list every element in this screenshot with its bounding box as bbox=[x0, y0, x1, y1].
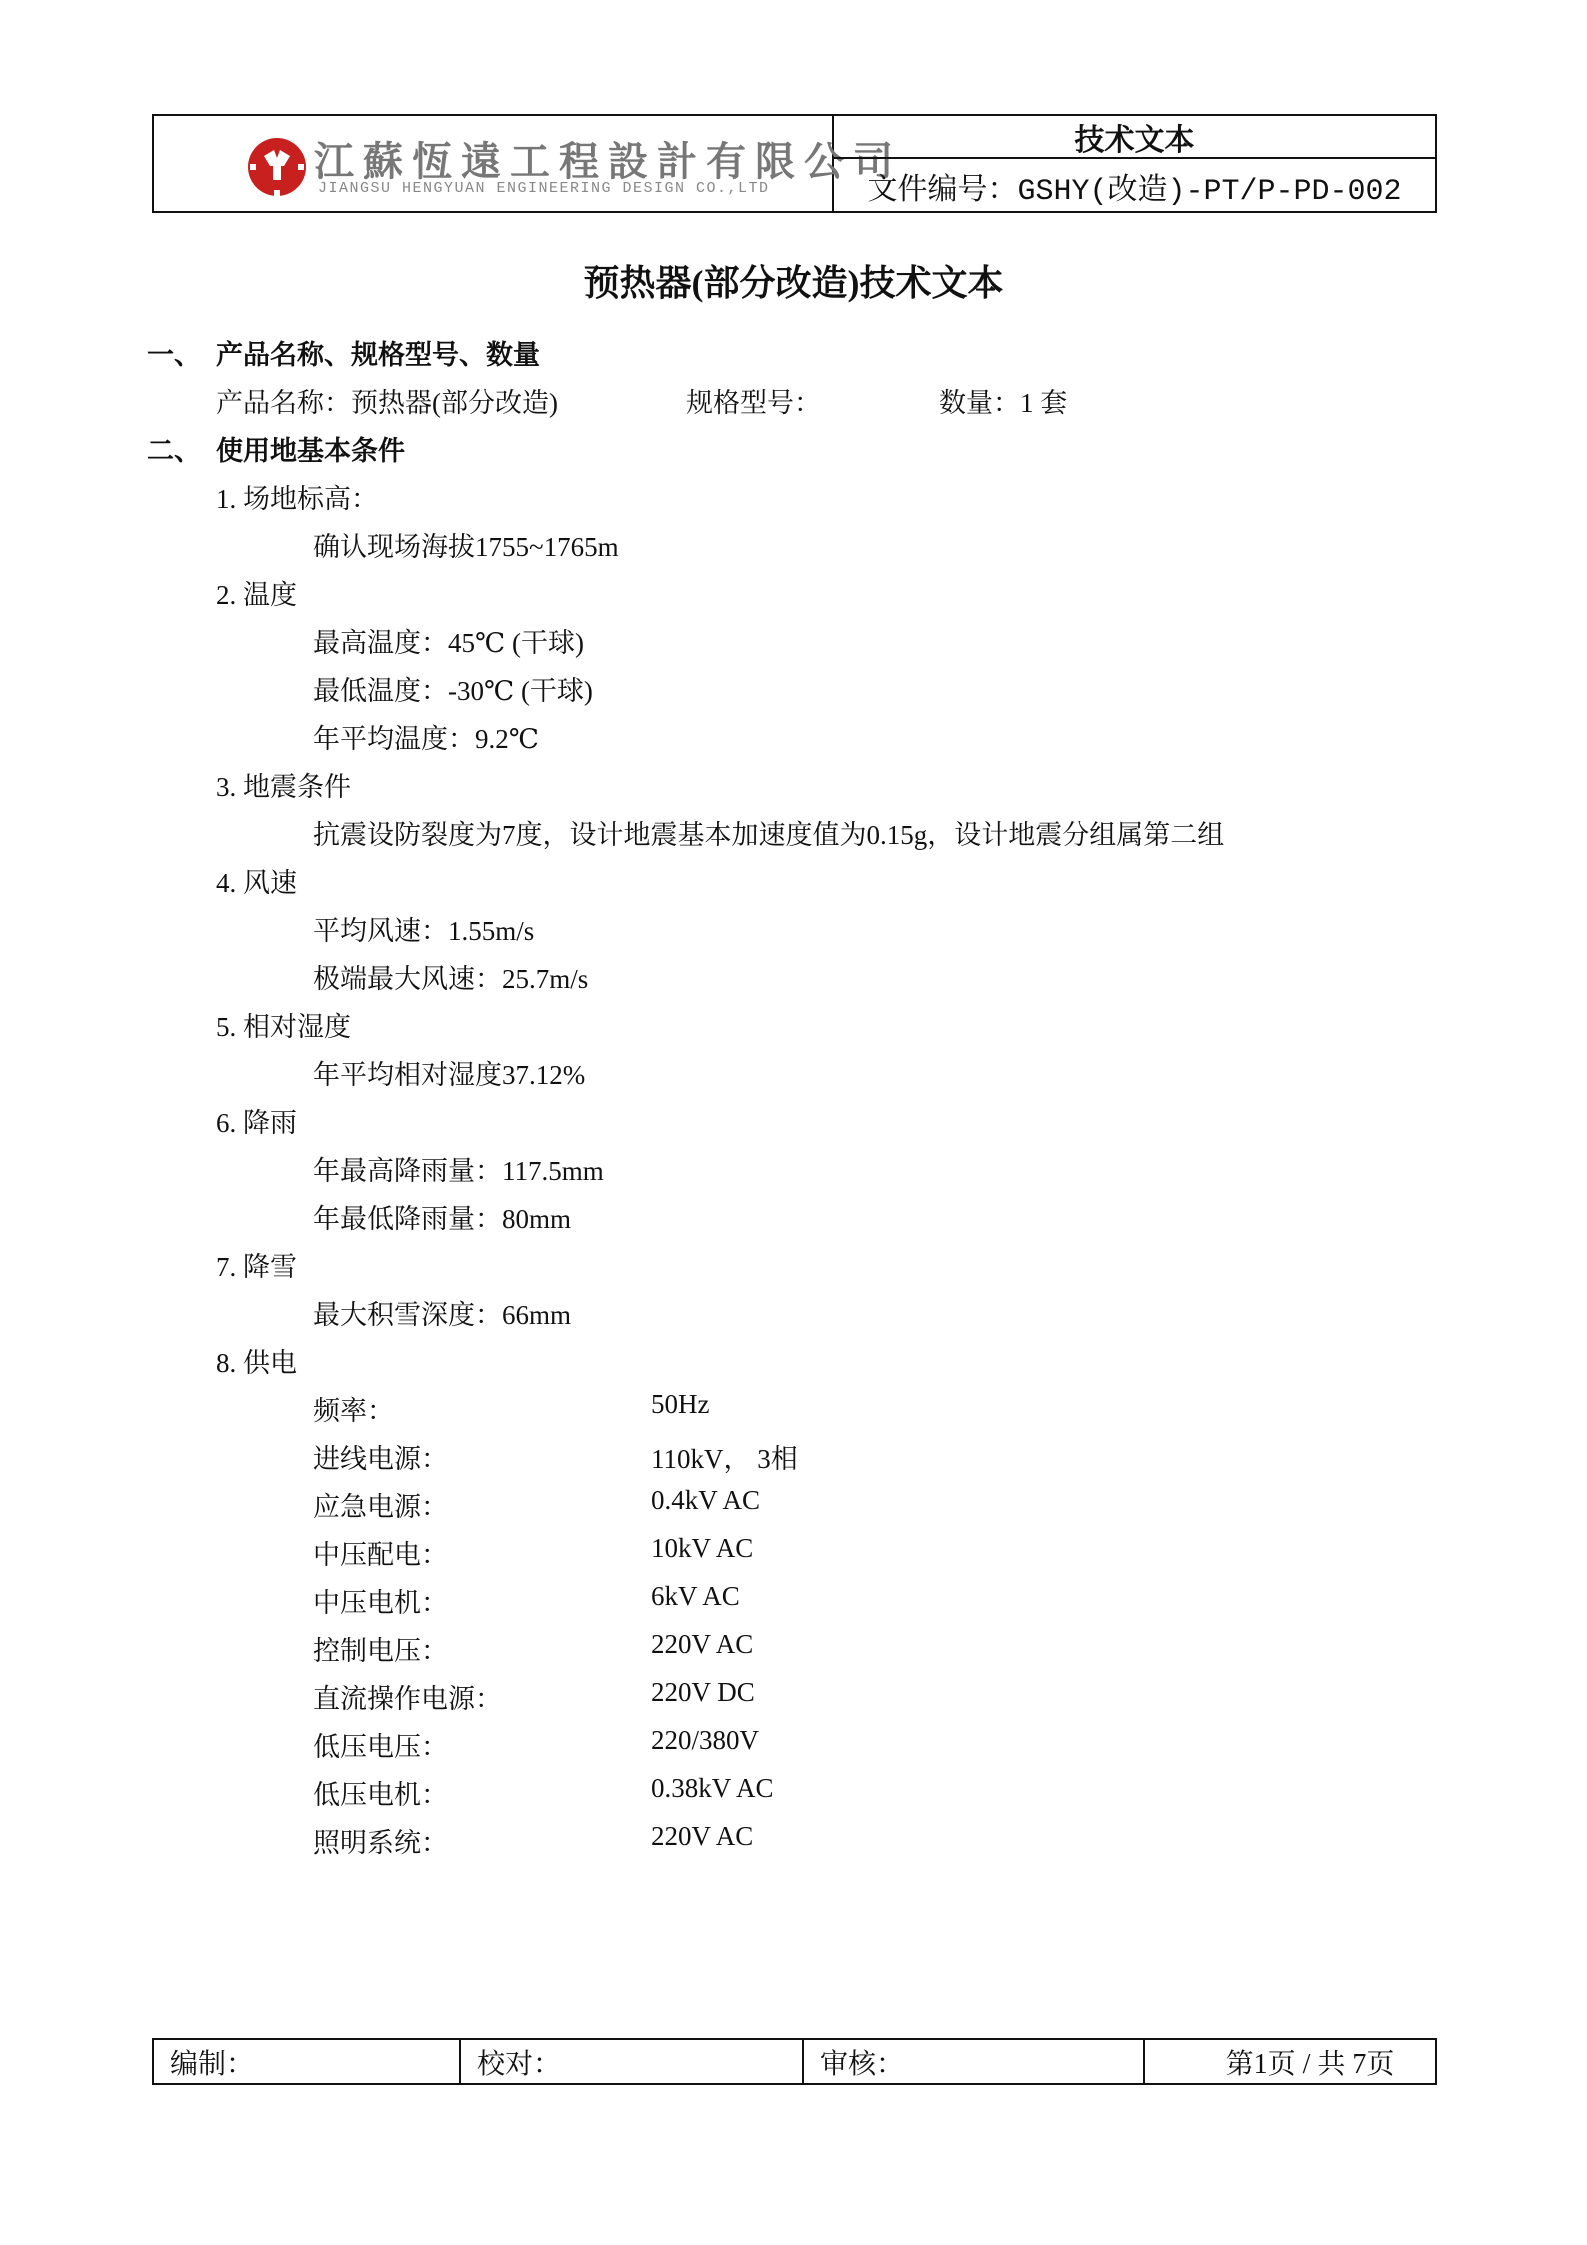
item-line: 抗震设防裂度为7度，设计地震基本加速度值为0.15g，设计地震分组属第二组 bbox=[313, 813, 1224, 852]
item-line: 最低温度：-30℃ (干球) bbox=[313, 669, 593, 708]
company-block: 江蘇恆遠工程設計有限公司 JIANGSU HENGYUAN ENGINEERIN… bbox=[154, 116, 834, 211]
product-model: 规格型号： bbox=[686, 381, 821, 420]
power-value: 220V AC bbox=[651, 1629, 753, 1660]
checked-by-field: 校对： bbox=[461, 2040, 804, 2083]
item-rainfall: 6. 降雨 bbox=[216, 1101, 297, 1140]
reviewed-by-field: 审核： bbox=[804, 2040, 1145, 2083]
item-line: 最高温度：45℃ (干球) bbox=[313, 621, 584, 660]
power-label: 低压电机： bbox=[313, 1773, 448, 1812]
power-label: 低压电压： bbox=[313, 1725, 448, 1764]
item-line: 年平均相对湿度37.12% bbox=[313, 1053, 585, 1092]
item-temperature: 2. 温度 bbox=[216, 573, 297, 612]
section-1-heading: 一、产品名称、规格型号、数量 bbox=[147, 333, 540, 372]
product-quantity: 数量：1 套 bbox=[939, 381, 1067, 420]
section-number: 一、 bbox=[147, 333, 216, 372]
power-label: 控制电压： bbox=[313, 1629, 448, 1668]
power-value: 0.38kV AC bbox=[651, 1773, 774, 1804]
company-name-en: JIANGSU HENGYUAN ENGINEERING DESIGN CO.,… bbox=[318, 180, 770, 197]
power-label: 进线电源： bbox=[313, 1437, 448, 1476]
power-value: 10kV AC bbox=[651, 1533, 753, 1564]
power-label: 中压电机： bbox=[313, 1581, 448, 1620]
item-line: 年最低降雨量：80mm bbox=[313, 1197, 571, 1236]
document-header: 江蘇恆遠工程設計有限公司 JIANGSU HENGYUAN ENGINEERIN… bbox=[152, 114, 1437, 213]
power-value: 110kV， 3相 bbox=[651, 1437, 798, 1476]
item-humidity: 5. 相对湿度 bbox=[216, 1005, 351, 1044]
item-snowfall: 7. 降雪 bbox=[216, 1245, 297, 1284]
power-value: 220V DC bbox=[651, 1677, 755, 1708]
item-power-supply: 8. 供电 bbox=[216, 1341, 297, 1380]
item-site-elevation: 1. 场地标高： bbox=[216, 477, 378, 516]
section-2-heading: 二、使用地基本条件 bbox=[147, 429, 405, 468]
power-label: 直流操作电源： bbox=[313, 1677, 502, 1716]
company-name-cn: 江蘇恆遠工程設計有限公司 bbox=[314, 130, 902, 187]
power-value: 0.4kV AC bbox=[651, 1485, 760, 1516]
doc-number: 文件编号：GSHY(改造)-PT/P-PD-002 bbox=[834, 159, 1435, 213]
power-label: 频率： bbox=[313, 1389, 394, 1428]
item-wind-speed: 4. 风速 bbox=[216, 861, 297, 900]
item-line: 极端最大风速：25.7m/s bbox=[313, 957, 588, 996]
item-line: 最大积雪深度：66mm bbox=[313, 1293, 571, 1332]
power-value: 6kV AC bbox=[651, 1581, 740, 1612]
page-number: 第1页 / 共 7页 bbox=[1145, 2040, 1435, 2083]
section-title: 使用地基本条件 bbox=[216, 436, 405, 466]
product-name: 产品名称：预热器(部分改造) bbox=[216, 381, 558, 420]
compiled-by-field: 编制： bbox=[154, 2040, 461, 2083]
doc-info-block: 技术文本 文件编号：GSHY(改造)-PT/P-PD-002 bbox=[834, 116, 1435, 211]
power-value: 220V AC bbox=[651, 1821, 753, 1852]
power-value: 220/380V bbox=[651, 1725, 759, 1756]
company-logo-icon bbox=[246, 136, 308, 198]
item-seismic: 3. 地震条件 bbox=[216, 765, 351, 804]
section-title: 产品名称、规格型号、数量 bbox=[216, 340, 540, 370]
doc-type: 技术文本 bbox=[834, 116, 1435, 159]
section-number: 二、 bbox=[147, 429, 216, 468]
item-line: 确认现场海拔1755~1765m bbox=[313, 525, 619, 564]
power-label: 照明系统： bbox=[313, 1821, 448, 1860]
item-line: 年平均温度：9.2℃ bbox=[313, 717, 539, 756]
power-value: 50Hz bbox=[651, 1389, 709, 1420]
document-footer: 编制： 校对： 审核： 第1页 / 共 7页 bbox=[152, 2038, 1437, 2085]
power-label: 应急电源： bbox=[313, 1485, 448, 1524]
item-line: 平均风速：1.55m/s bbox=[313, 909, 534, 948]
page-title: 预热器(部分改造)技术文本 bbox=[0, 255, 1587, 306]
power-label: 中压配电： bbox=[313, 1533, 448, 1572]
item-line: 年最高降雨量：117.5mm bbox=[313, 1149, 604, 1188]
